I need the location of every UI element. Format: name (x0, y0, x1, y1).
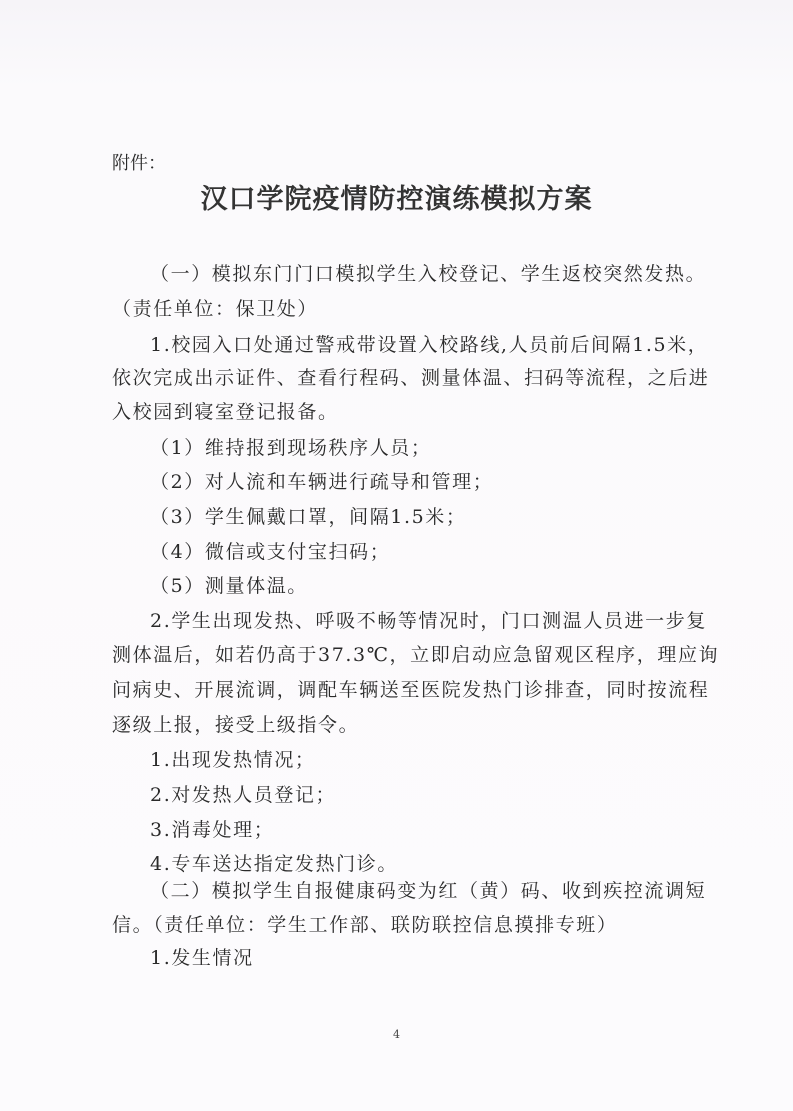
section1-item2-line: 测体温后，如若仍高于37.3℃，立即启动应急留观区程序，理应询 (112, 643, 719, 667)
document-page: 附件： 汉口学院疫情防控演练模拟方案 （一）模拟东门门口模拟学生入校登记、学生返… (0, 0, 793, 1111)
step-item: 2.对发热人员登记； (150, 783, 336, 807)
section1-item2-line: 2.学生出现发热、呼吸不畅等情况时，门口测温人员进一步复 (150, 609, 707, 633)
sub-item: （3）学生佩戴口罩，间隔1.5米； (150, 505, 467, 529)
step-item: 3.消毒处理； (150, 818, 274, 842)
section1-item2-line: 问病史、开展流调，调配车辆送至医院发热门诊排查，同时按流程 (112, 678, 709, 702)
sub-item: （1）维持报到现场秩序人员； (150, 436, 432, 460)
document-title: 汉口学院疫情防控演练模拟方案 (0, 182, 793, 218)
section1-item1-line: 依次完成出示证件、查看行程码、测量体温、扫码等流程，之后进 (112, 366, 709, 390)
sub-item: （4）微信或支付宝扫码； (150, 540, 390, 564)
attachment-label: 附件： (112, 152, 166, 176)
section1-responsible-unit: （责任单位：保卫处） (112, 297, 318, 321)
section2-responsible-unit: 信。（责任单位：学生工作部、联防联控信息摸排专班） (112, 913, 618, 937)
page-number: 4 (0, 1028, 793, 1041)
section1-item1-line: 1.校园入口处通过警戒带设置入校路线,人员前后间隔1.5米， (150, 333, 708, 357)
step-item: 4.专车送达指定发热门诊。 (150, 852, 398, 876)
section2-item1: 1.发生情况 (150, 946, 254, 970)
step-item: 1.出现发热情况； (150, 748, 316, 772)
sub-item: （2）对人流和车辆进行疏导和管理； (150, 470, 493, 494)
sub-item: （5）测量体温。 (150, 574, 308, 598)
section1-item1-line: 入校园到寝室登记报备。 (112, 400, 339, 424)
section2-heading: （二）模拟学生自报健康码变为红（黄）码、收到疾控流调短 (150, 879, 706, 903)
section1-heading: （一）模拟东门门口模拟学生入校登记、学生返校突然发热。 (150, 262, 706, 286)
section1-item2-line: 逐级上报，接受上级指令。 (112, 713, 359, 737)
